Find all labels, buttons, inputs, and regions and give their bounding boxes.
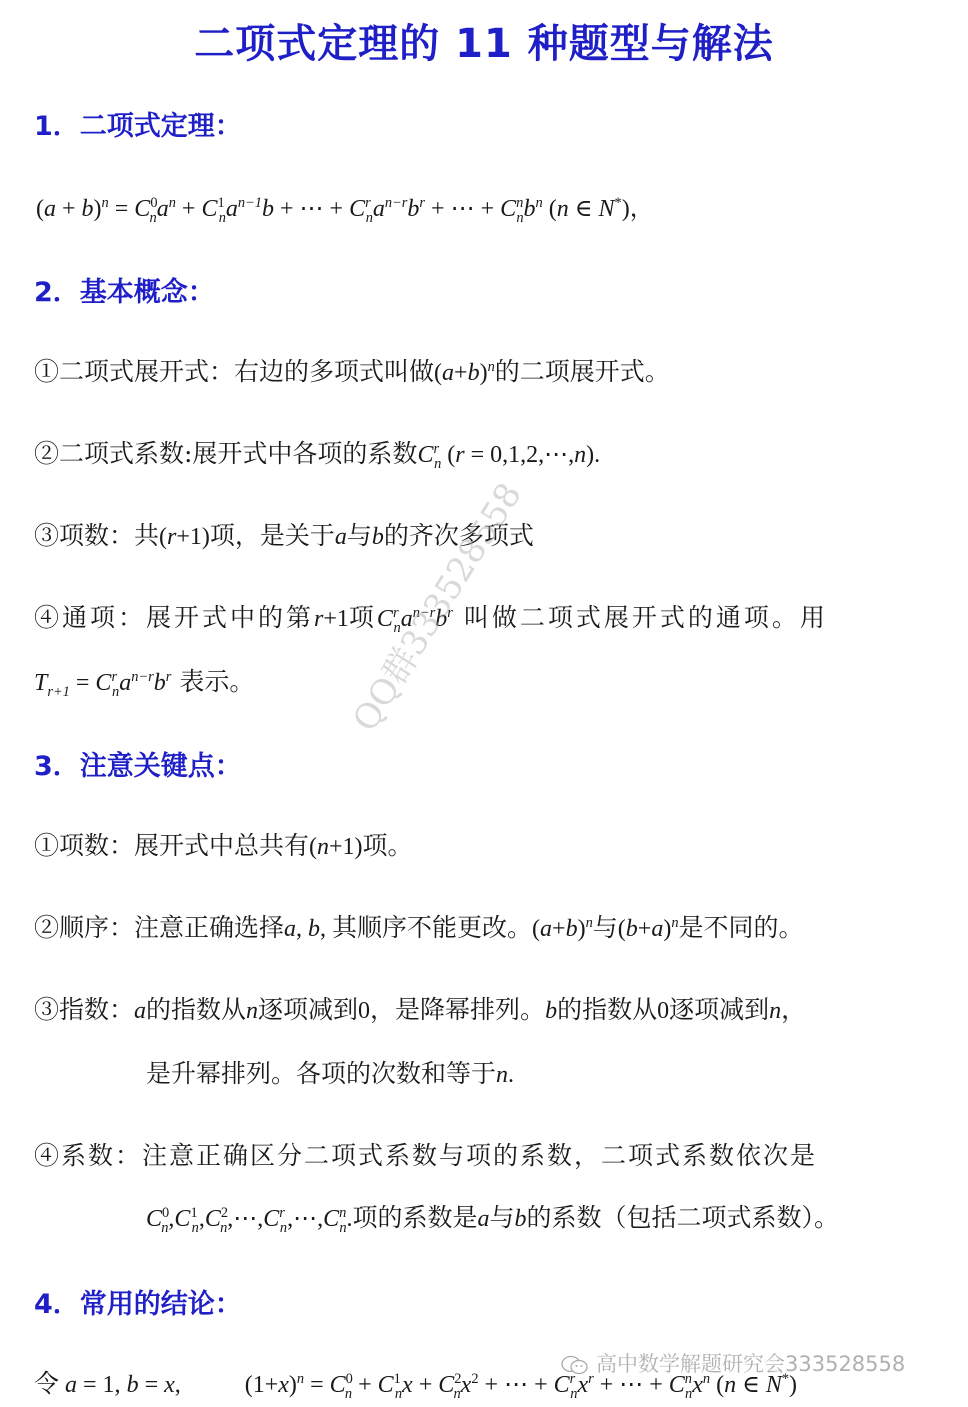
keypoint-item-coefficient-cont: C0n,C1n,C2n,⋯,Crn,⋯,Cnn.项的系数是a与b的系数（包括二项… (146, 1198, 839, 1234)
keypoint-item-coefficient: ④系数：注意正确区分二项式系数与项的系数，二项式系数依次是 (34, 1136, 817, 1172)
concept-item-coefficient: ②二项式系数:展开式中各项的系数Crn (r = 0,1,2,⋯,n). (34, 434, 600, 470)
keypoint-item-order: ②顺序：注意正确选择a, b, 其顺序不能更改。(a+b)n与(b+a)n是不同… (34, 908, 804, 944)
section-heading-1: 1．二项式定理： (34, 104, 242, 143)
section-heading-3: 3．注意关键点： (34, 744, 242, 783)
general-term-notation: Tr+1 = Crnan−rbr 表示。 (34, 662, 254, 698)
concept-item-expansion: ①二项式展开式：右边的多项式叫做(a+b)n的二项展开式。 (34, 352, 670, 388)
keypoint-item-exponent-cont: 是升幂排列。各项的次数和等于n. (146, 1054, 514, 1090)
keypoint-item-exponent: ③指数：a的指数从n逐项减到0，是降幂排列。b的指数从0逐项减到n， (34, 990, 806, 1026)
keypoint-item-term-count: ①项数：展开式中总共有(n+1)项。 (34, 826, 413, 862)
wechat-account-watermark: 高中数学解题研究会333528558 (560, 1348, 905, 1378)
section-heading-4: 4．常用的结论： (34, 1282, 242, 1321)
wechat-icon (560, 1354, 590, 1376)
binomial-theorem-formula: (a + b)n = C0nan + C1nan−1b + ⋯ + Crnan−… (36, 188, 654, 223)
document-title: 二项式定理的 11 种题型与解法 (0, 12, 968, 69)
section-heading-2: 2．基本概念： (34, 270, 215, 309)
